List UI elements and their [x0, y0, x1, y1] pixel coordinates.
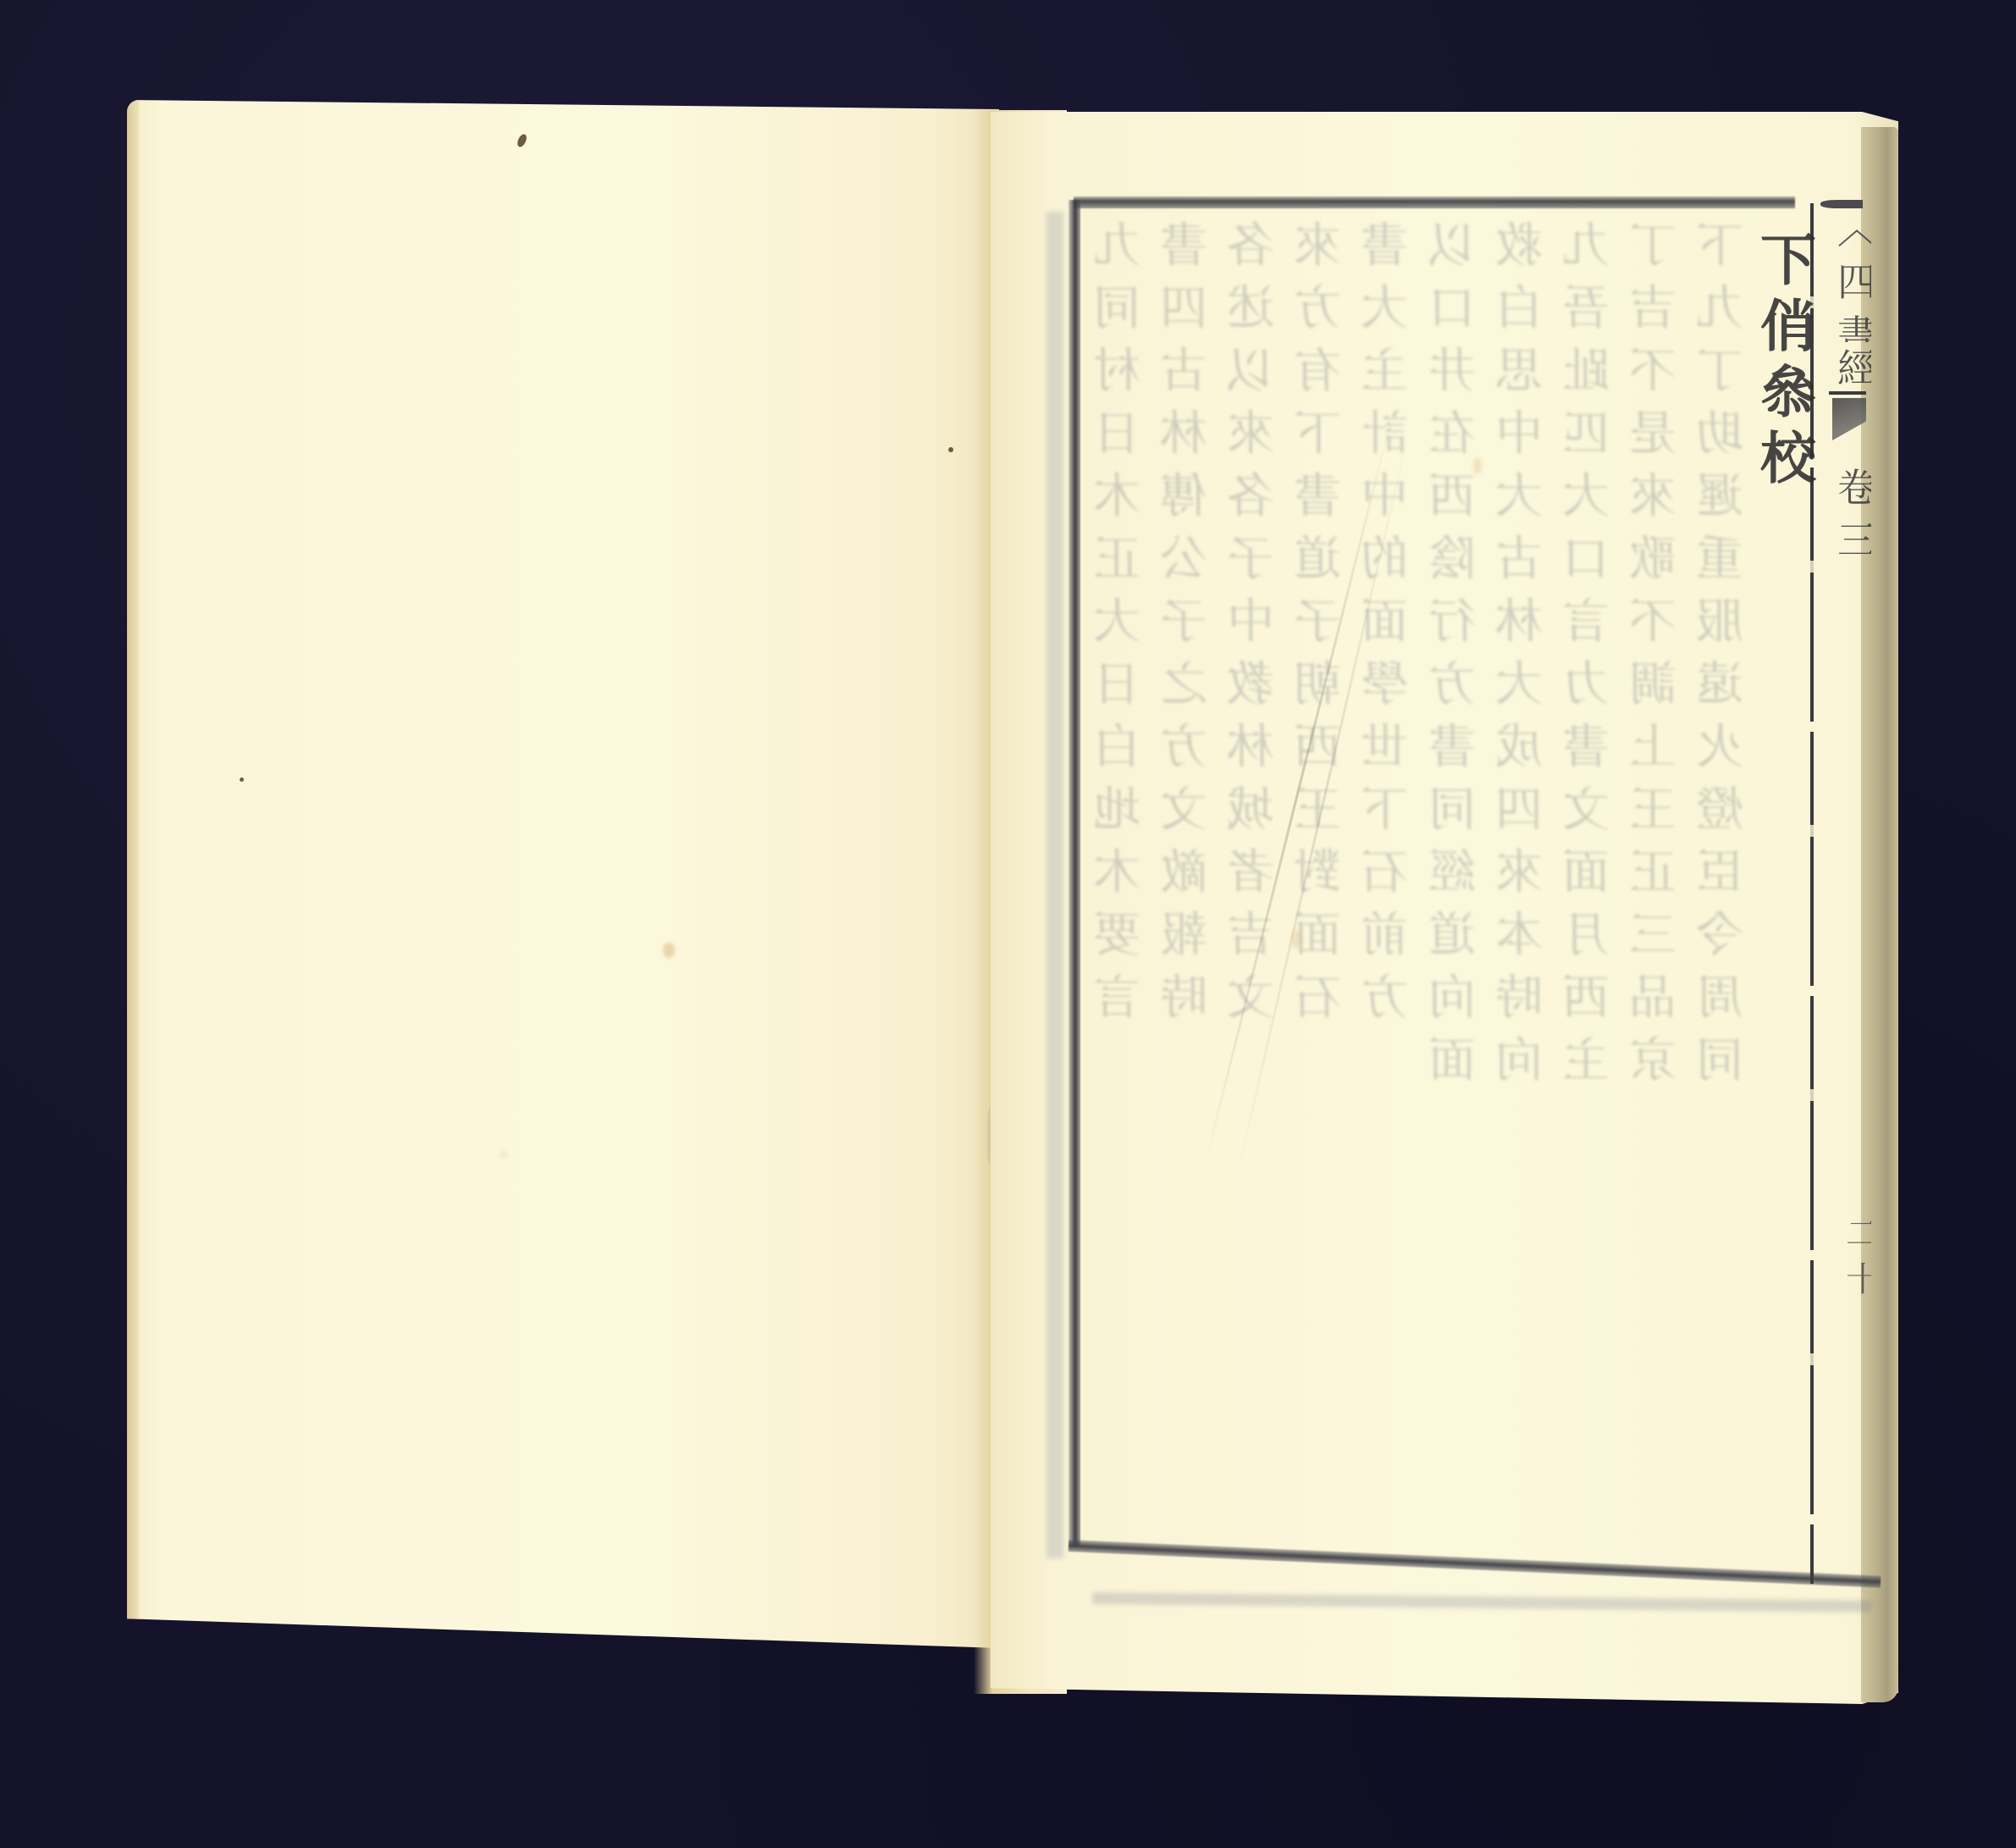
- bleed-column: 來方有下書道子朝西王對面石: [1293, 220, 1342, 1533]
- left-page-blank: [127, 100, 999, 1648]
- margin-char: ︿: [1837, 203, 1871, 256]
- margin-column-page-number: 二 十: [1846, 1211, 1871, 1303]
- paper-stain: [500, 1150, 508, 1159]
- bleed-column: 書四古林傳公子之方文敵報時: [1159, 220, 1208, 1533]
- bleed-column: 書大主計中的面學世下石前方: [1360, 220, 1409, 1533]
- margin-char: 四: [1837, 256, 1871, 308]
- bleed-column: 下九丁助遲重服遠火燈臣令周同: [1695, 220, 1744, 1533]
- heading-char: 叅: [1760, 359, 1816, 425]
- bleed-column: 以口井在西陰行方書同經道向面: [1428, 220, 1477, 1533]
- paper-speck: [240, 777, 244, 782]
- margin-char: 二: [1846, 1211, 1871, 1257]
- frame-left-border: [1069, 200, 1080, 1546]
- bleed-column: 九同村日木正大日白地木要言: [1092, 220, 1141, 1533]
- paper-stain: [1473, 457, 1482, 474]
- bleed-column: 救白思中大古林大成四來本時向: [1494, 220, 1544, 1533]
- margin-column-volume: 卷 三: [1837, 462, 1871, 567]
- heading-char: 下: [1760, 227, 1816, 293]
- paper-speck: [516, 133, 528, 148]
- bleed-through-text: 下九丁助遲重服遠火燈臣令周同 丁吉不是來歌不調上王正三品京 九吾趾匹大口言力書文…: [1092, 220, 1744, 1533]
- paper-stain: [663, 943, 675, 958]
- frame-left-border-ghost: [1047, 212, 1063, 1558]
- left-page-fold-edge: [127, 100, 139, 1648]
- margin-char: 三: [1837, 514, 1871, 567]
- margin-char: 書: [1837, 308, 1871, 342]
- margin-char: 卷: [1837, 462, 1871, 514]
- frame-top-border: [1074, 196, 1795, 208]
- bleed-column: 九吾趾匹大口言力書文面月西主: [1561, 220, 1610, 1533]
- margin-char: 十: [1846, 1257, 1871, 1303]
- margin-column-title: ︿ 四 書 經: [1837, 203, 1871, 395]
- paper-stain: [1291, 930, 1301, 949]
- bleed-column: 各述以來各子中教林城者吉文: [1226, 220, 1275, 1533]
- heading-column: 下 俏 叅 校: [1754, 227, 1822, 491]
- heading-char: 俏: [1760, 293, 1816, 359]
- bleed-column: 丁吉不是來歌不調上王正三品京: [1628, 220, 1677, 1533]
- heading-char: 校: [1760, 425, 1816, 491]
- fishtail-divider: [1829, 391, 1866, 395]
- margin-char: 經: [1837, 342, 1871, 395]
- paper-speck: [948, 447, 953, 452]
